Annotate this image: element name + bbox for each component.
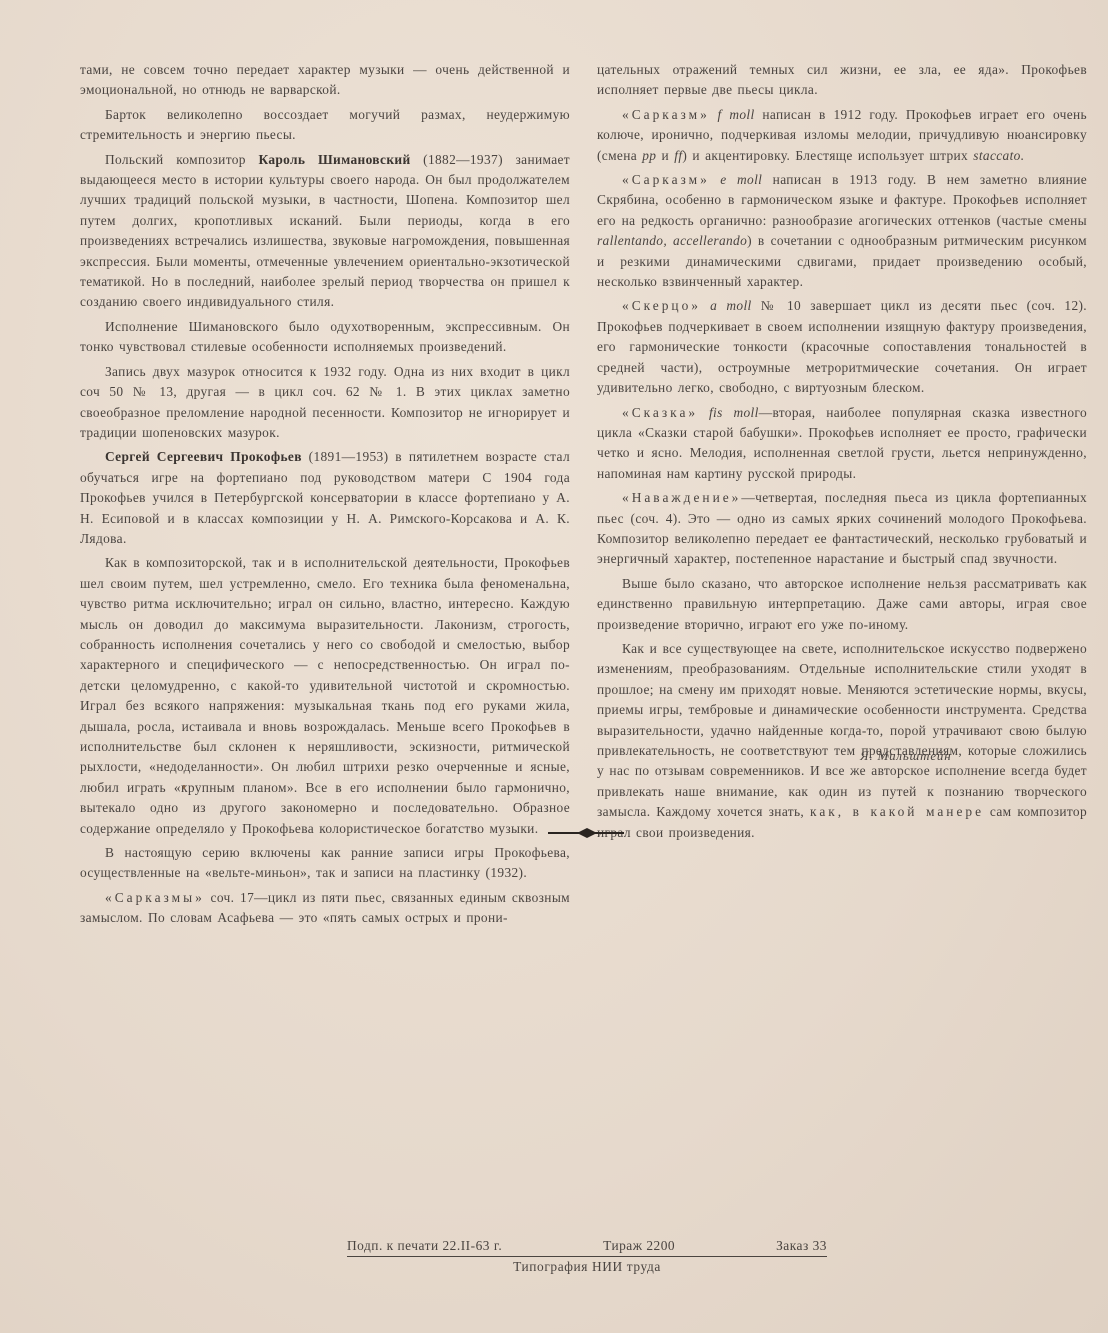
text: и (656, 148, 674, 163)
paragraph-prokofiev: Сергей Сергеевич Прокофьев (1891—1953) в… (80, 447, 570, 549)
work-title: «Сарказмы» (105, 890, 205, 905)
composer-name: Кароль Шимановский (258, 152, 410, 167)
text: Как и все существующее на свете, исполни… (597, 641, 1087, 819)
left-column: тами, не совсем точно передает характер … (80, 60, 570, 933)
paragraph-szymanowski: Польский композитор Кароль Шимановский (… (80, 150, 570, 313)
work-title: «Наваждение» (622, 490, 741, 505)
order-number: Заказ 33 (776, 1238, 827, 1254)
dynamic: pp (642, 148, 656, 163)
key: fis moll (709, 405, 759, 420)
term: staccato. (973, 148, 1024, 163)
signed-for-print: Подп. к печати 22.II-63 г. (347, 1238, 502, 1254)
work-title: «Скерцо» (622, 298, 701, 313)
author-signature: Я. Мильштейн (860, 748, 951, 764)
paragraph: цательных отражений темных сил жизни, ее… (597, 60, 1087, 101)
paragraph: В настоящую серию включены как ранние за… (80, 843, 570, 884)
text: (1882—1937) занимает выдающееся место в … (80, 152, 570, 310)
paragraph: тами, не совсем точно передает характер … (80, 60, 570, 101)
work-title: «Сказка» (622, 405, 698, 420)
emphasis: как, в какой манере (810, 804, 984, 819)
work-title: «Сарказм» (622, 172, 710, 187)
paragraph-sarcasm-f: «Сарказм» f moll написан в 1912 году. Пр… (597, 105, 1087, 166)
paragraph-sarcasms: «Сарказмы» соч. 17—цикл из пяти пьес, св… (80, 888, 570, 929)
paragraph: Выше было сказано, что авторское исполне… (597, 574, 1087, 635)
composer-name: Сергей Сергеевич Прокофьев (105, 449, 302, 464)
paragraph: Как и все существующее на свете, исполни… (597, 639, 1087, 843)
ornament-diamond-icon (577, 828, 597, 838)
print-run: Тираж 2200 (603, 1238, 675, 1254)
paragraph-scherzo: «Скерцо» a moll № 10 завершает цикл из д… (597, 296, 1087, 398)
key: f moll (718, 107, 755, 122)
paragraph-suggestion: «Наваждение»—четвертая, последняя пьеса … (597, 488, 1087, 570)
paragraph: Барток великолепно воссоздает могучий ра… (80, 105, 570, 146)
paragraph: Как в композиторской, так и в исполнител… (80, 553, 570, 839)
key: e moll (720, 172, 762, 187)
paragraph-tale: «Сказка» fis moll—вторая, наиболее попул… (597, 403, 1087, 485)
paragraph-sarcasm-e: «Сарказм» e moll написан в 1913 году. В … (597, 170, 1087, 292)
imprint-line: Подп. к печати 22.II-63 г. Тираж 2200 За… (347, 1238, 827, 1257)
term: rallentando, accellerando (597, 233, 747, 248)
ink-speck (183, 785, 185, 789)
printer-name: Типография НИИ труда (347, 1259, 827, 1275)
work-title: «Сарказм» (622, 107, 710, 122)
paragraph: Исполнение Шимановского было одухотворен… (80, 317, 570, 358)
text: Польский композитор (105, 152, 258, 167)
right-column: цательных отражений темных сил жизни, ее… (597, 60, 1087, 847)
paragraph: Запись двух мазурок относится к 1932 год… (80, 362, 570, 444)
key: a moll (710, 298, 751, 313)
text: ) и акцентировку. Блестяще использует шт… (682, 148, 973, 163)
